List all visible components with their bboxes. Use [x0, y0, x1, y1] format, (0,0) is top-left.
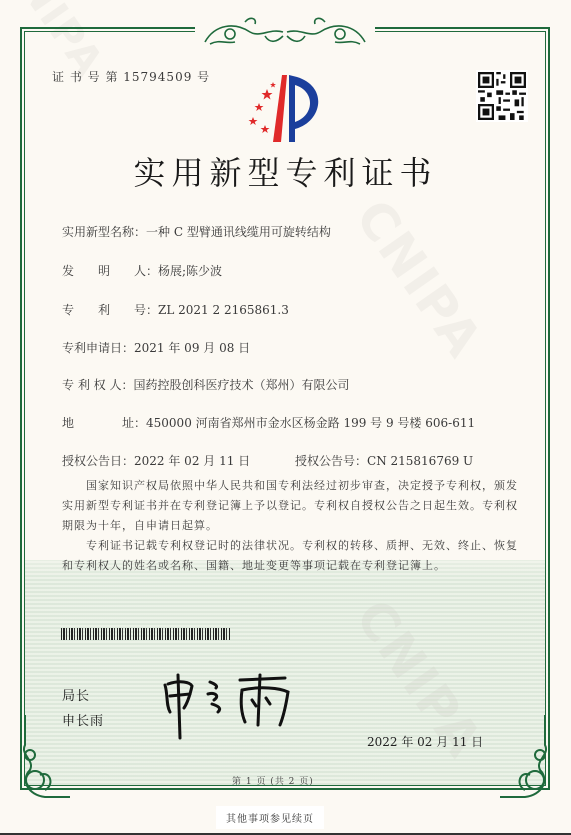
- corner-ornament-icon: [10, 715, 70, 805]
- field-value: 450000 河南省郑州市金水区杨金路 199 号 9 号楼 606-611: [146, 416, 475, 430]
- field-label: 专利申请日：: [62, 339, 134, 356]
- grant-statement-paragraph: 国家知识产权局依照中华人民共和国专利法经过初步审查，决定授予专利权，颁发实用新型…: [62, 476, 522, 536]
- field-address: 地 址：450000 河南省郑州市金水区杨金路 199 号 9 号楼 606-6…: [62, 414, 475, 431]
- top-ornament-icon: [195, 14, 375, 48]
- field-grant-number: 授权公告号：CN 215816769 U: [295, 452, 473, 469]
- field-patent-number: 专 利 号：ZL 2021 2 2165861.3: [62, 301, 289, 318]
- field-value: 国药控股创科医疗技术（郑州）有限公司: [133, 378, 349, 392]
- director-title: 局长: [62, 685, 90, 704]
- field-value: 杨展;陈少波: [158, 264, 222, 278]
- field-inventors: 发 明 人：杨展;陈少波: [62, 262, 222, 279]
- cnipa-logo-icon: [237, 67, 332, 147]
- field-label: 专 利 权 人：: [62, 376, 133, 393]
- barcode-icon: [61, 628, 231, 640]
- field-label: 专 利 号：: [62, 301, 158, 318]
- legal-status-paragraph: 专利证书记载专利权登记时的法律状况。专利权的转移、质押、无效、终止、恢复和专利权…: [62, 536, 522, 576]
- field-label: 地 址：: [62, 414, 146, 431]
- certificate-number: 证 书 号 第 15794509 号: [52, 68, 210, 85]
- signature-date: 2022 年 02 月 11 日: [367, 733, 483, 750]
- field-label: 授权公告日：: [62, 452, 134, 469]
- field-utility-model-name: 实用新型名称：一种 C 型臂通讯线缆用可旋转结构: [62, 223, 331, 240]
- page-indicator: 第 1 页 (共 2 页): [232, 774, 314, 787]
- field-patentee: 专 利 权 人：国药控股创科医疗技术（郑州）有限公司: [62, 376, 349, 393]
- continuation-note: 其他事项参见续页: [216, 806, 324, 829]
- certificate-title: 实用新型专利证书: [0, 148, 571, 194]
- field-application-date: 专利申请日：2021 年 09 月 08 日: [62, 339, 250, 356]
- signature-icon: [160, 670, 300, 740]
- field-label: 授权公告号：: [295, 452, 367, 469]
- director-name: 申长雨: [62, 710, 104, 729]
- field-label: 发 明 人：: [62, 262, 158, 279]
- qr-code-icon: [476, 70, 528, 122]
- field-label: 实用新型名称：: [62, 223, 146, 240]
- field-value: 一种 C 型臂通讯线缆用可旋转结构: [146, 225, 331, 239]
- field-grant-date: 授权公告日：2022 年 02 月 11 日: [62, 452, 250, 469]
- field-value: ZL 2021 2 2165861.3: [158, 303, 289, 317]
- field-value: 2022 年 02 月 11 日: [134, 454, 250, 468]
- corner-ornament-icon: [500, 715, 560, 805]
- field-value: 2021 年 09 月 08 日: [134, 341, 250, 355]
- field-value: CN 215816769 U: [367, 454, 473, 468]
